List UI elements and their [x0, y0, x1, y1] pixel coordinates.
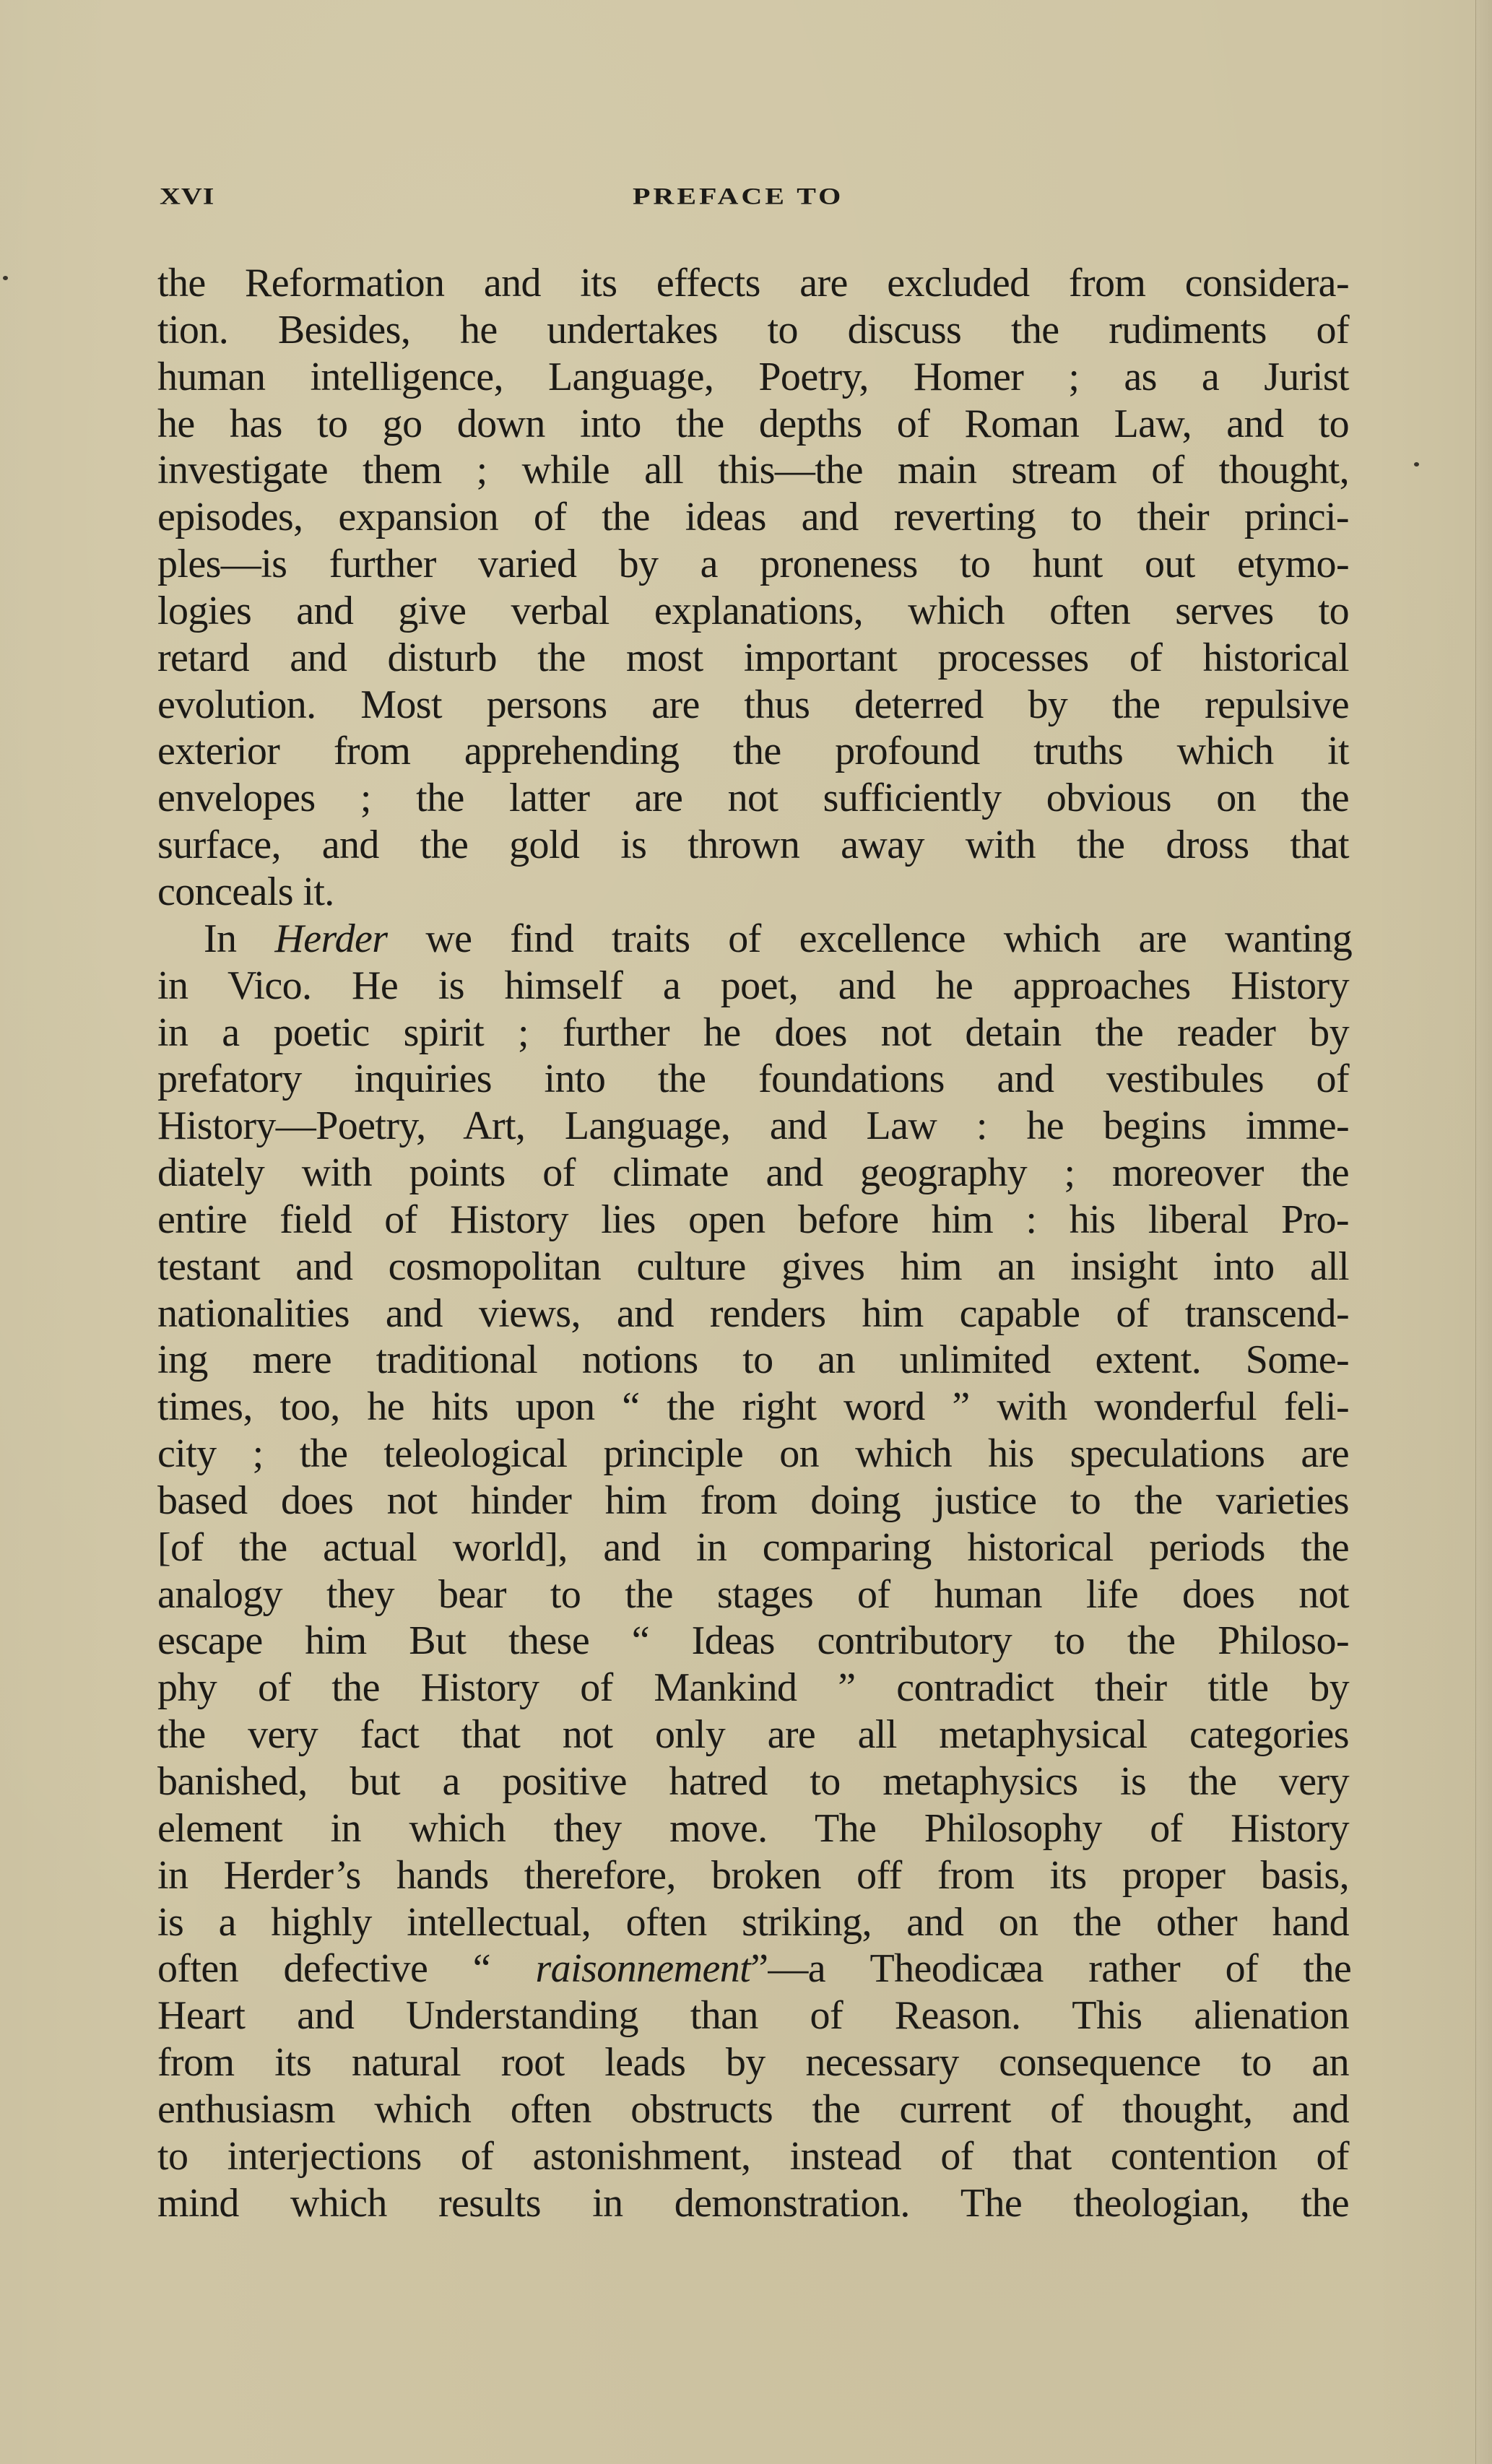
- text-line: episodes, expansion of the ideas and rev…: [157, 494, 1349, 541]
- text-line: ples—is further varied by a proneness to…: [157, 541, 1349, 588]
- text-line: tion. Besides, he undertakes to discuss …: [157, 307, 1349, 354]
- text-line: retard and disturb the most important pr…: [157, 635, 1349, 682]
- text-line: to interjections of astonishment, instea…: [157, 2133, 1349, 2180]
- running-head-title: PREFACE TO: [633, 183, 843, 209]
- text-line: investigate them ; while all this—the ma…: [157, 447, 1349, 494]
- paragraph-end-line: conceals it.: [157, 869, 1349, 916]
- line-text-pre: often defective “: [157, 1946, 535, 1991]
- text-line: logies and give verbal explanations, whi…: [157, 588, 1349, 635]
- text-line: surface, and the gold is thrown away wit…: [157, 822, 1349, 869]
- text-line: testant and cosmopolitan culture gives h…: [157, 1244, 1349, 1290]
- text-line: History—Poetry, Art, Language, and Law :…: [157, 1103, 1349, 1150]
- text-line: mind which results in demonstration. The…: [157, 2180, 1349, 2227]
- line-text-post: ”—a Theodicæa rather of the: [750, 1946, 1351, 1991]
- text-line: in Vico. He is himself a poet, and he ap…: [157, 963, 1349, 1010]
- text-line: based does not hinder him from doing jus…: [157, 1478, 1349, 1524]
- line-text-pre: In: [204, 916, 274, 961]
- text-line: often defective “ raisonnement”—a Theodi…: [157, 1945, 1349, 1992]
- text-line: city ; the teleological principle on whi…: [157, 1431, 1349, 1478]
- text-line: he has to go down into the depths of Rom…: [157, 401, 1349, 448]
- text-line: banished, but a positive hatred to metap…: [157, 1758, 1349, 1805]
- text-line: Heart and Understanding than of Reason. …: [157, 1992, 1349, 2039]
- running-head: xvi PREFACE TO: [0, 178, 1492, 209]
- text-line: times, too, he hits upon “ the right wor…: [157, 1384, 1349, 1431]
- text-line: in Herder’s hands therefore, broken off …: [157, 1852, 1349, 1899]
- text-line: exterior from apprehending the profound …: [157, 728, 1349, 775]
- text-line: escape him But these “ Ideas contributor…: [157, 1618, 1349, 1665]
- text-line: evolution. Most persons are thus deterre…: [157, 682, 1349, 729]
- margin-speck-left: [3, 276, 8, 280]
- page-edge-strip: [1475, 0, 1492, 2464]
- text-line: nationalities and views, and renders him…: [157, 1290, 1349, 1337]
- text-line: phy of the History of Mankind ” contradi…: [157, 1665, 1349, 1712]
- text-line: human intelligence, Language, Poetry, Ho…: [157, 354, 1349, 401]
- body-text: the Reformation and its effects are excl…: [157, 260, 1349, 2226]
- text-line: the Reformation and its effects are excl…: [157, 260, 1349, 307]
- text-line: enthusiasm which often obstructs the cur…: [157, 2086, 1349, 2133]
- text-line: ing mere traditional notions to an unlim…: [157, 1337, 1349, 1384]
- text-line: analogy they bear to the stages of human…: [157, 1571, 1349, 1618]
- italic-term-raisonnement: raisonnement: [535, 1946, 750, 1991]
- text-line: [of the actual world], and in comparing …: [157, 1524, 1349, 1571]
- text-line: in a poetic spirit ; further he does not…: [157, 1010, 1349, 1057]
- page-number: xvi: [160, 183, 214, 209]
- text-line: prefatory inquiries into the foundations…: [157, 1056, 1349, 1103]
- margin-speck-right: [1414, 462, 1419, 467]
- text-line: the very fact that not only are all meta…: [157, 1712, 1349, 1758]
- line-text-post: we find traits of excellence which are w…: [387, 916, 1352, 961]
- text-line: from its natural root leads by necessary…: [157, 2039, 1349, 2086]
- text-line: entire field of History lies open before…: [157, 1197, 1349, 1244]
- text-line: envelopes ; the latter are not sufficien…: [157, 775, 1349, 822]
- italic-name-herder: Herder: [274, 916, 387, 961]
- paragraph-start-line: In Herder we find traits of excellence w…: [157, 916, 1349, 963]
- text-line: element in which they move. The Philosop…: [157, 1805, 1349, 1852]
- text-line: diately with points of climate and geogr…: [157, 1150, 1349, 1197]
- text-line: is a highly intellectual, often striking…: [157, 1899, 1349, 1946]
